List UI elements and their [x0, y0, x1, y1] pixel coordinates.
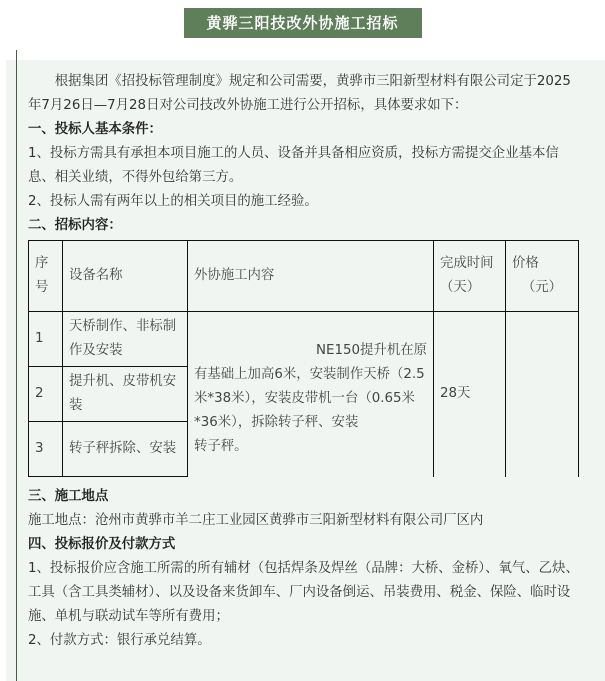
row-name: 提升机、皮带机安装: [63, 367, 188, 422]
page-title: 黄骅三阳技改外协施工招标: [184, 8, 422, 38]
bid-content-table: 序号 设备名称 外协施工内容 完成时间 （天） 价格 （元） 1 天桥制作、非标…: [28, 240, 579, 477]
header-time-line2: （天）: [440, 276, 499, 300]
header-no: 序号: [29, 241, 63, 312]
content-line-1: NE150提升机在原: [194, 339, 427, 363]
row-name: 转子秤拆除、安装: [63, 422, 188, 477]
header-content: 外协施工内容: [188, 241, 434, 312]
title-wrapper: 黄骅三阳技改外协施工招标: [0, 8, 605, 38]
section4-item-2: 2、付款方式：银行承兑结算。: [28, 629, 584, 653]
section1-item-1: 1、投标方需具有承担本项目施工的人员、设备并具备相应资质，投标方需提交企业基本信…: [28, 142, 584, 190]
header-time-line1: 完成时间: [440, 252, 499, 276]
merged-content-cell: NE150提升机在原 有基础上加高6米，安装制作天桥（2.5米*38米），安装皮…: [188, 312, 434, 477]
header-price-line2: （元）: [512, 276, 572, 300]
article-body: 根据集团《招投标管理制度》规定和公司需要，黄骅市三阳新型材料有限公司定于2025…: [28, 70, 584, 653]
header-price: 价格 （元）: [506, 241, 579, 312]
section1-heading: 一、投标人基本条件：: [28, 118, 584, 142]
content-panel: 根据集团《招投标管理制度》规定和公司需要，黄骅市三阳新型材料有限公司定于2025…: [6, 60, 605, 681]
section4-item-1: 1、投标报价应含施工所需的所有辅材（包括焊条及焊丝（品牌：大桥、金桥）、氧气、乙…: [28, 557, 584, 629]
section1-item-2: 2、投标人需有两年以上的相关项目的施工经验。: [28, 190, 584, 214]
table-header-row: 序号 设备名称 外协施工内容 完成时间 （天） 价格 （元）: [29, 241, 579, 312]
header-time: 完成时间 （天）: [434, 241, 506, 312]
section2-heading: 二、招标内容：: [28, 214, 584, 238]
intro-paragraph: 根据集团《招投标管理制度》规定和公司需要，黄骅市三阳新型材料有限公司定于2025…: [28, 70, 584, 118]
content-last: 转子秤。: [194, 435, 427, 459]
table-row: 1 天桥制作、非标制作及安装 NE150提升机在原 有基础上加高6米，安装制作天…: [29, 312, 579, 367]
row-no: 1: [29, 312, 63, 367]
row-no: 2: [29, 367, 63, 422]
row-name: 天桥制作、非标制作及安装: [63, 312, 188, 367]
section3-heading: 三、施工地点: [28, 485, 584, 509]
content-body: 有基础上加高6米，安装制作天桥（2.5米*38米），安装皮带机一台（0.65米*…: [194, 363, 427, 435]
header-name: 设备名称: [63, 241, 188, 312]
row-no: 3: [29, 422, 63, 477]
section4-heading: 四、投标报价及付款方式: [28, 533, 584, 557]
header-price-line1: 价格: [512, 252, 572, 276]
left-accent-rule: [16, 50, 17, 681]
section3-text: 施工地点：沧州市黄骅市羊二庄工业园区黄骅市三阳新型材料有限公司厂区内: [28, 509, 584, 533]
merged-price-cell: [506, 312, 579, 477]
merged-time-cell: 28天: [434, 312, 506, 477]
